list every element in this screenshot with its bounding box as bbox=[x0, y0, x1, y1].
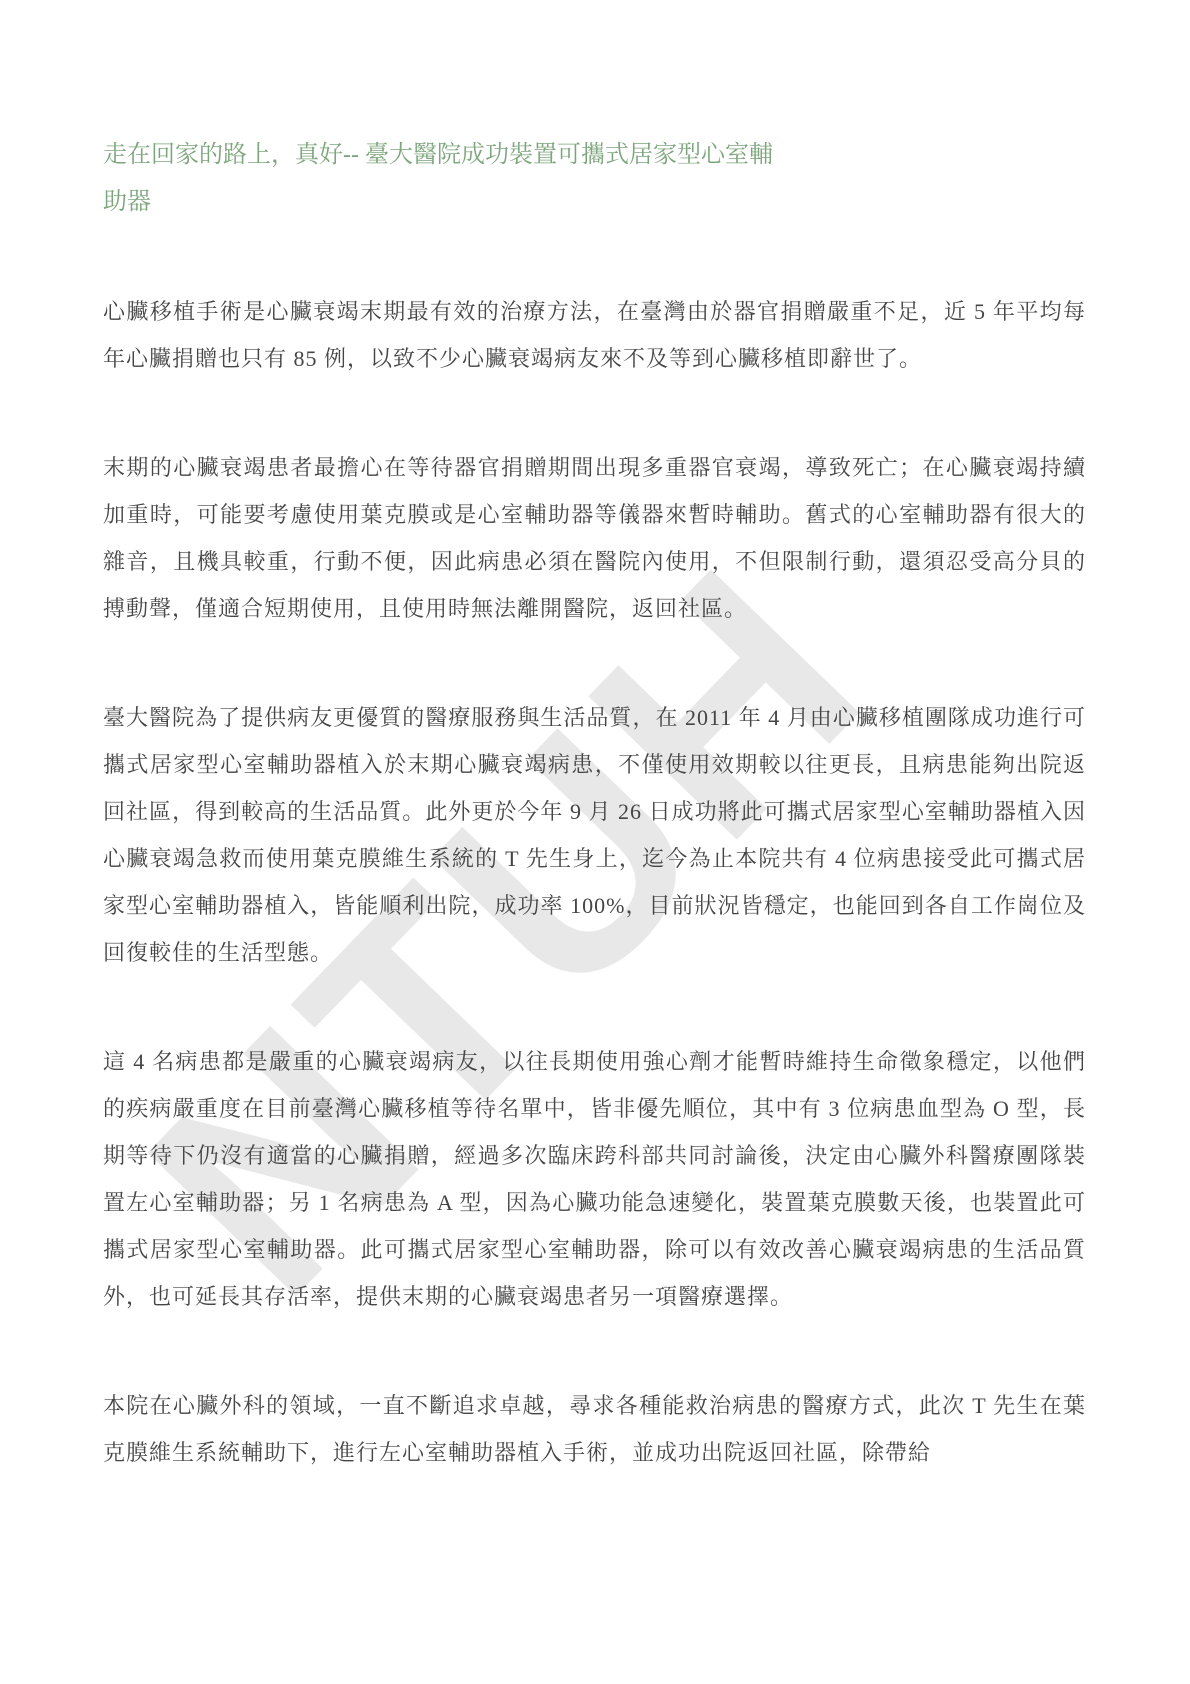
paragraph-four-patients: 這 4 名病患都是嚴重的心臟衰竭病友，以往長期使用強心劑才能暫時維持生命徵象穩定… bbox=[103, 1038, 1086, 1320]
paragraph-old-device-limits: 末期的心臟衰竭患者最擔心在等待器官捐贈期間出現多重器官衰竭，導致死亡；在心臟衰竭… bbox=[103, 444, 1086, 632]
page-title-line-2: 助器 bbox=[103, 179, 1086, 226]
paragraph-ntuh-implants: 臺大醫院為了提供病友更優質的醫療服務與生活品質，在 2011 年 4 月由心臟移… bbox=[103, 694, 1086, 976]
document-content: 走在回家的路上，真好-- 臺大醫院成功裝置可攜式居家型心室輔 助器 心臟移植手術… bbox=[0, 0, 1190, 1476]
paragraph-hospital-pursuit: 本院在心臟外科的領域，一直不斷追求卓越，尋求各種能救治病患的醫療方式，此次 T … bbox=[103, 1382, 1086, 1476]
paragraph-intro: 心臟移植手術是心臟衰竭末期最有效的治療方法，在臺灣由於器官捐贈嚴重不足，近 5 … bbox=[103, 288, 1086, 382]
page-title: 走在回家的路上，真好-- 臺大醫院成功裝置可攜式居家型心室輔 助器 bbox=[103, 132, 1086, 226]
page-title-line-1: 走在回家的路上，真好-- 臺大醫院成功裝置可攜式居家型心室輔 bbox=[103, 132, 1086, 179]
document-page: NTUH 走在回家的路上，真好-- 臺大醫院成功裝置可攜式居家型心室輔 助器 心… bbox=[0, 0, 1190, 1684]
